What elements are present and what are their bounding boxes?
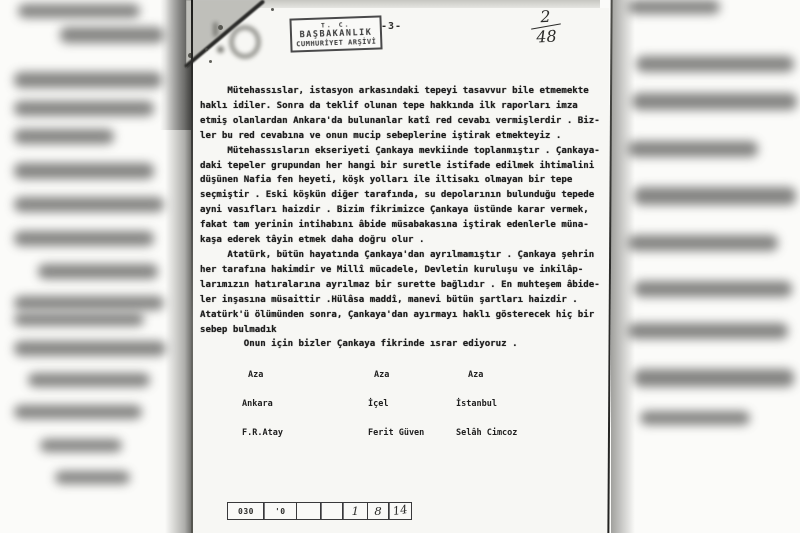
reference-cell: 14	[388, 502, 412, 520]
signature-block-istanbul: Aza İstanbul Selâh Cimcoz	[456, 351, 517, 459]
blurred-text-line	[55, 471, 130, 484]
text-line: Atatürk, bütün hayatında Çankaya'dan ayr…	[200, 248, 604, 263]
reference-cell: '0	[263, 502, 297, 520]
blurred-text-line	[636, 56, 794, 72]
reference-cell: 030	[227, 502, 265, 520]
blurred-text-line	[628, 235, 778, 251]
text-line: Mütehassısların ekseriyeti Çankaya mevki…	[200, 144, 604, 159]
ink-specks	[205, 48, 208, 51]
blurred-text-line	[40, 439, 122, 452]
text-line: ler inşasına müsaittir .Hülâsa maddî, ma…	[200, 293, 604, 308]
signature-name: Selâh Cimcoz	[456, 429, 517, 439]
reference-cell	[296, 502, 322, 520]
blurred-text-line	[628, 323, 788, 339]
signature-name: F.R.Atay	[242, 429, 283, 439]
text-line: fakat tam yerinin intihabını âbide müsab…	[200, 218, 604, 233]
text-line: seçmiştir . Eski köşkün diğer tarafında,…	[200, 188, 604, 203]
signature-province: Ankara	[242, 400, 283, 410]
archive-stamp: T. C. BAŞBAKANLIK CUMHURİYET ARŞİVİ	[289, 15, 382, 52]
blurred-text-line	[634, 369, 794, 387]
blurred-text-line	[18, 4, 140, 18]
text-line: düşünen Nafia fen heyeti, köşk yolları i…	[200, 173, 604, 188]
signature-role: Aza	[456, 371, 517, 381]
stamp-smudge-ring	[229, 25, 261, 59]
gutter-shadow-right	[611, 0, 635, 533]
blurred-text-line	[38, 264, 158, 279]
signature-role: Aza	[368, 371, 424, 381]
signature-province: İstanbul	[456, 400, 517, 410]
text-line: daki tepeler grupundan her hangi bir sur…	[200, 159, 604, 174]
blurred-text-line	[634, 281, 792, 297]
page-left-edge	[191, 0, 193, 533]
reference-cell: 1	[342, 502, 368, 520]
blurred-text-line	[14, 197, 164, 212]
blurred-text-line	[14, 72, 162, 88]
stamp-line-3: CUMHURİYET ARŞİVİ	[295, 38, 377, 50]
blurred-text-line	[14, 231, 154, 246]
signature-block-icel: Aza İçel Ferit Güven	[368, 351, 424, 459]
reference-cell	[320, 502, 344, 520]
text-line: Mütehassıslar, istasyon arkasındaki tepe…	[200, 84, 604, 99]
blurred-text-line	[14, 313, 144, 326]
blurred-text-line	[28, 373, 150, 387]
text-line: ler bu red cevabına ve onun mucip sebepl…	[200, 129, 604, 144]
text-line: etmiş olanlardan Ankara'da bulunanlar ka…	[200, 114, 604, 129]
blurred-text-line	[14, 341, 166, 356]
reference-cell: 8	[367, 502, 390, 520]
blurred-text-line	[14, 405, 142, 419]
blurred-text-line	[634, 187, 796, 205]
text-line: her tarafına hakimdir ve Millî mücadele,…	[200, 263, 604, 278]
text-line: Atatürk'ü ölümünden sonra, Çankaya'dan a…	[200, 308, 604, 323]
document-scan: T. C. BAŞBAKANLIK CUMHURİYET ARŞİVİ -3- …	[0, 0, 800, 533]
signature-block-ankara: Aza Ankara F.R.Atay	[242, 351, 283, 459]
handwritten-folio-fraction: 2 48	[524, 7, 568, 47]
blurred-text-line	[14, 163, 154, 179]
blurred-text-line	[14, 101, 154, 116]
signature-province: İçel	[368, 400, 424, 410]
signature-name: Ferit Güven	[368, 429, 424, 439]
blurred-text-line	[632, 93, 797, 110]
blurred-text-line	[14, 129, 114, 144]
signature-role: Aza	[242, 371, 283, 381]
blurred-text-line	[60, 27, 164, 43]
blurred-text-line	[628, 141, 758, 157]
text-line: ayni vasıfları haizdir . Bizim fikrimizc…	[200, 203, 604, 218]
typewritten-body-text: Mütehassıslar, istasyon arkasındaki tepe…	[200, 84, 604, 352]
text-line: haklı idiler. Sonra da teklif olunan tep…	[200, 99, 604, 114]
ink-smudge	[213, 22, 218, 37]
blurred-text-line	[628, 0, 720, 14]
text-line: sebep bulmadık	[200, 323, 604, 338]
text-line: kaşa ederek tâyin etmek daha doğru olur …	[200, 233, 604, 248]
blurred-text-line	[14, 296, 164, 310]
document-page: T. C. BAŞBAKANLIK CUMHURİYET ARŞİVİ -3- …	[193, 8, 609, 533]
archive-reference-table: 030 '0 1 8 14	[227, 502, 412, 520]
text-line: larımızın hatıralarına ayrılmaz bir sure…	[200, 278, 604, 293]
blurred-text-line	[640, 411, 750, 425]
page-number: -3-	[381, 21, 402, 32]
ink-smudge-dot	[217, 46, 224, 53]
